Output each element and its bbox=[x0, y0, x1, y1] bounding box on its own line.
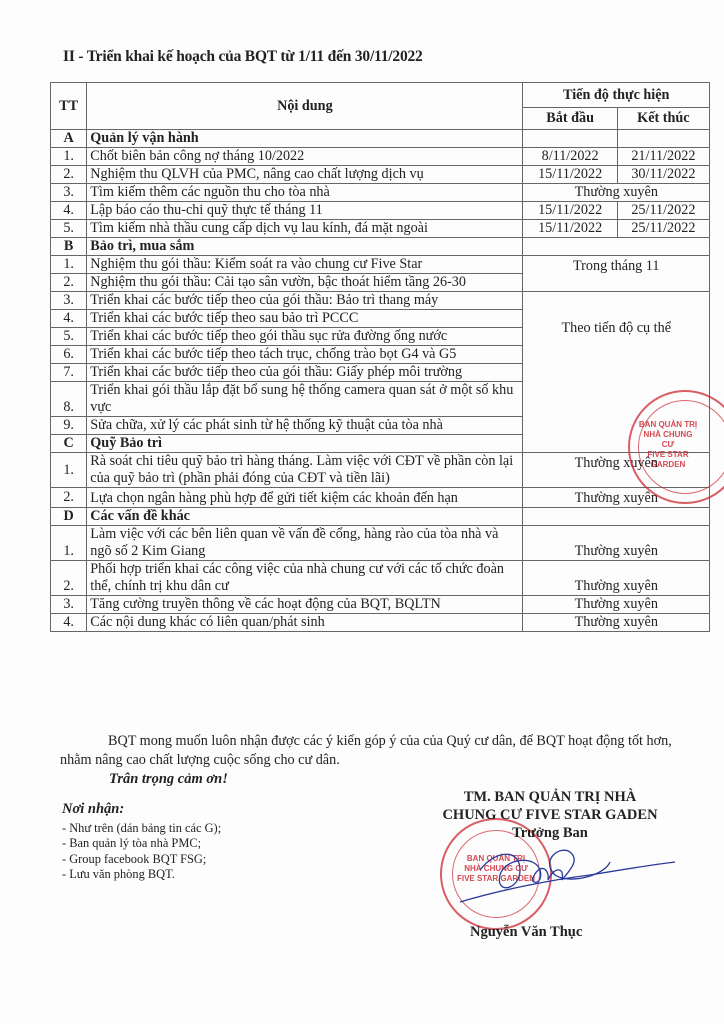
table-row: 1. Nghiệm thu gói thầu: Kiểm soát ra vào… bbox=[51, 256, 710, 274]
recipient-item: - Ban quản lý tòa nhà PMC; bbox=[62, 836, 221, 852]
table-row: 2. Phối hợp triển khai các công việc của… bbox=[51, 561, 710, 596]
table-row: 3. Tìm kiếm thêm các nguồn thu cho tòa n… bbox=[51, 184, 710, 202]
table-row: 5. Tìm kiếm nhà thầu cung cấp dịch vụ la… bbox=[51, 220, 710, 238]
progress-trong-thang-11: Trong tháng 11 bbox=[523, 256, 710, 292]
handwritten-signature-icon bbox=[440, 840, 680, 910]
header-start: Bắt đầu bbox=[523, 108, 617, 130]
table-row: 2. Lựa chọn ngân hàng phù hợp để gửi tiế… bbox=[51, 488, 710, 508]
header-tt: TT bbox=[51, 83, 87, 130]
plan-table: TT Nội dung Tiến độ thực hiện Bắt đầu Kế… bbox=[50, 82, 710, 632]
table-row: 3. Tăng cường truyền thông về các hoạt đ… bbox=[51, 596, 710, 614]
recipients: Nơi nhận: - Như trên (dán bảng tin các G… bbox=[62, 802, 221, 883]
section-title: II - Triển khai kế hoạch của BQT từ 1/11… bbox=[63, 48, 423, 66]
table-row: 2. Nghiệm thu QLVH của PMC, nâng cao chấ… bbox=[51, 166, 710, 184]
section-row-d: D Các vấn đề khác bbox=[51, 508, 710, 526]
header-end: Kết thúc bbox=[617, 108, 709, 130]
table-row: 1. Chốt biên bản công nợ tháng 10/2022 8… bbox=[51, 148, 710, 166]
signature-org-line1: TM. BAN QUẢN TRỊ NHÀ bbox=[400, 788, 700, 806]
header-progress: Tiến độ thực hiện bbox=[523, 83, 710, 108]
stamp-text: BAN QUẢN TRỊNHÀ CHUNG CƯFIVE STAR GARDEN bbox=[638, 420, 698, 470]
recipient-item: - Group facebook BQT FSG; bbox=[62, 852, 221, 868]
closing-paragraph: BQT mong muốn luôn nhận được các ý kiến … bbox=[60, 732, 680, 770]
table-row: 4. Lập báo cáo thu-chi quỹ thực tế tháng… bbox=[51, 202, 710, 220]
document-page: II - Triển khai kế hoạch của BQT từ 1/11… bbox=[0, 0, 724, 1024]
closing-thanks: Trân trọng cảm ơn! bbox=[109, 771, 228, 788]
table-row: 1. Rà soát chi tiêu quỹ bảo trì hàng thá… bbox=[51, 453, 710, 488]
section-row-a: A Quản lý vận hành bbox=[51, 130, 710, 148]
table-row: 1. Làm việc với các bên liên quan về vấn… bbox=[51, 526, 710, 561]
signature-block: TM. BAN QUẢN TRỊ NHÀ CHUNG CƯ FIVE STAR … bbox=[400, 788, 700, 842]
recipient-item: - Lưu văn phòng BQT. bbox=[62, 867, 221, 883]
table-row: 3. Triển khai các bước tiếp theo của gói… bbox=[51, 292, 710, 310]
table-row: 4. Các nội dung khác có liên quan/phát s… bbox=[51, 614, 710, 632]
signature-org-line2: CHUNG CƯ FIVE STAR GADEN bbox=[400, 806, 700, 824]
header-content: Nội dung bbox=[87, 83, 523, 130]
recipient-item: - Như trên (dán bảng tin các G); bbox=[62, 821, 221, 837]
section-row-b: B Bảo trì, mua sắm bbox=[51, 238, 710, 256]
recipients-heading: Nơi nhận: bbox=[62, 802, 221, 818]
signer-name: Nguyễn Văn Thục bbox=[470, 924, 582, 941]
